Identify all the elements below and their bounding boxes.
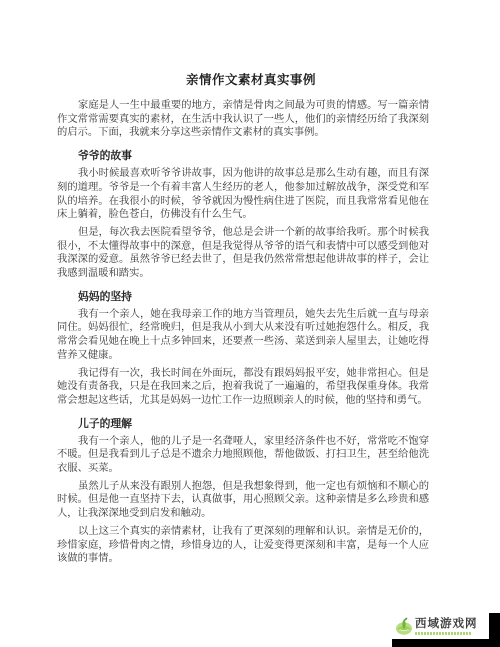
watermark-badge: 西域游戏网 — [392, 613, 489, 639]
watermark-site-name: 西域游戏网 — [415, 618, 478, 630]
section-heading-son: 儿子的理解 — [57, 416, 429, 431]
paragraph: 虽然儿子从来没有跟别人抱怨，但是我想象得到，他一定也有烦恼和不顺心的时候。但是他… — [57, 480, 429, 521]
watermark-tagline — [415, 632, 471, 635]
paragraph: 我小时候最喜欢听爷爷讲故事，因为他讲的故事总是那么生动有趣，而且有深刻的道理。爷… — [57, 167, 429, 222]
paragraph: 但是，每次我去医院看望爷爷，他总是会讲一个新的故事给我听。那个时候我很小，不太懂… — [57, 226, 429, 281]
paragraph: 我有一个亲人，他的儿子是一名聋哑人，家里经济条件也不好，常常吃不饱穿不暖。但是我… — [57, 435, 429, 476]
page-title: 亲情作文素材真实事例 — [65, 70, 437, 88]
paragraph: 我有一个亲人，她在我母亲工作的地方当管理员，她失去先生后就一直与母亲同住。妈妈很… — [57, 308, 429, 363]
paragraph: 我记得有一次，我长时间在外面玩，都没有跟妈妈报平安，她非常担心。但是她没有责备我… — [57, 367, 429, 408]
intro-paragraph: 家庭是人一生中最重要的地方，亲情是骨肉之间最为可贵的情感。写一篇亲情作文常常需要… — [57, 99, 429, 140]
section-heading-grandpa: 爷爷的故事 — [57, 148, 429, 163]
conclusion-paragraph: 以上这三个真实的亲情素材，让我有了更深刻的理解和认识。亲情是无价的，珍惜家庭，珍… — [57, 525, 429, 566]
section-heading-mother: 妈妈的坚持 — [57, 289, 429, 304]
article-page: 亲情作文素材真实事例 家庭是人一生中最重要的地方，亲情是骨肉之间最为可贵的情感。… — [57, 0, 429, 570]
leaf-sprout-icon — [395, 616, 413, 636]
